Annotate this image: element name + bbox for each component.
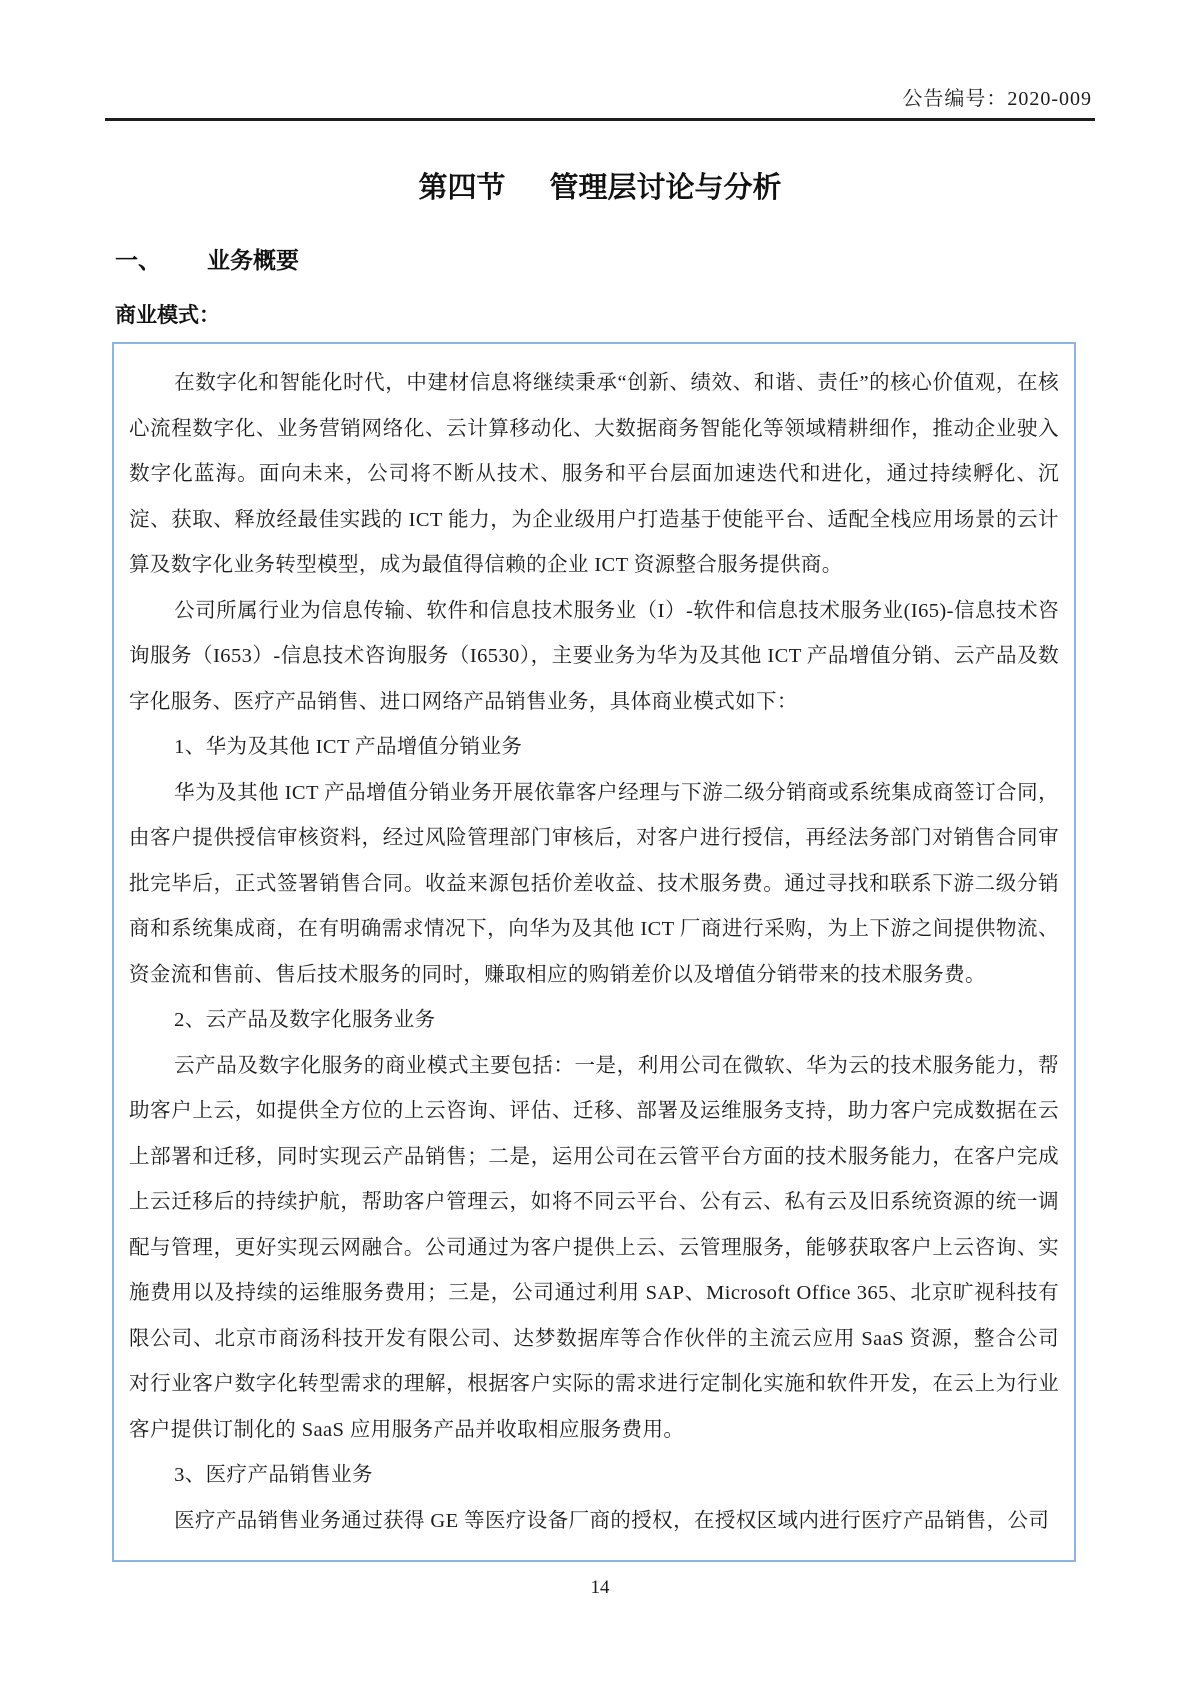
title-text: 管理层讨论与分析 bbox=[550, 172, 782, 204]
section-number: 一、 bbox=[115, 247, 161, 273]
header-divider bbox=[105, 118, 1095, 121]
paragraph-medical-products-detail: 医疗产品销售业务通过获得 GE 等医疗设备厂商的授权，在授权区域内进行医疗产品销… bbox=[129, 1499, 1059, 1545]
item-heading-ict-distribution: 1、华为及其他 ICT 产品增值分销业务 bbox=[129, 725, 1059, 771]
section-heading-text: 业务概要 bbox=[207, 247, 299, 273]
page-number: 14 bbox=[0, 1577, 1200, 1599]
document-title: 第四节管理层讨论与分析 bbox=[0, 165, 1200, 206]
business-model-box: 在数字化和智能化时代，中建材信息将继续秉承“创新、绩效、和谐、责任”的核心价值观… bbox=[112, 342, 1076, 1562]
section-heading: 一、业务概要 bbox=[115, 242, 1088, 275]
announcement-number: 公告编号：2020-009 bbox=[902, 88, 1092, 110]
paragraph-cloud-services-detail: 云产品及数字化服务的商业模式主要包括：一是，利用公司在微软、华为云的技术服务能力… bbox=[129, 1044, 1059, 1454]
item-heading-medical-products: 3、医疗产品销售业务 bbox=[129, 1453, 1059, 1499]
title-section-number: 第四节 bbox=[418, 172, 505, 204]
business-model-label: 商业模式： bbox=[115, 299, 1088, 329]
page-header: 公告编号：2020-009 bbox=[0, 0, 1200, 111]
paragraph-core-values: 在数字化和智能化时代，中建材信息将继续秉承“创新、绩效、和谐、责任”的核心价值观… bbox=[129, 361, 1059, 589]
paragraph-industry-classification: 公司所属行业为信息传输、软件和信息技术服务业（I）-软件和信息技术服务业(I65… bbox=[129, 589, 1059, 726]
paragraph-ict-distribution-detail: 华为及其他 ICT 产品增值分销业务开展依靠客户经理与下游二级分销商或系统集成商… bbox=[129, 771, 1059, 999]
document-page: 公告编号：2020-009 第四节管理层讨论与分析 一、业务概要 商业模式： 在… bbox=[0, 0, 1200, 1697]
item-heading-cloud-services: 2、云产品及数字化服务业务 bbox=[129, 998, 1059, 1044]
